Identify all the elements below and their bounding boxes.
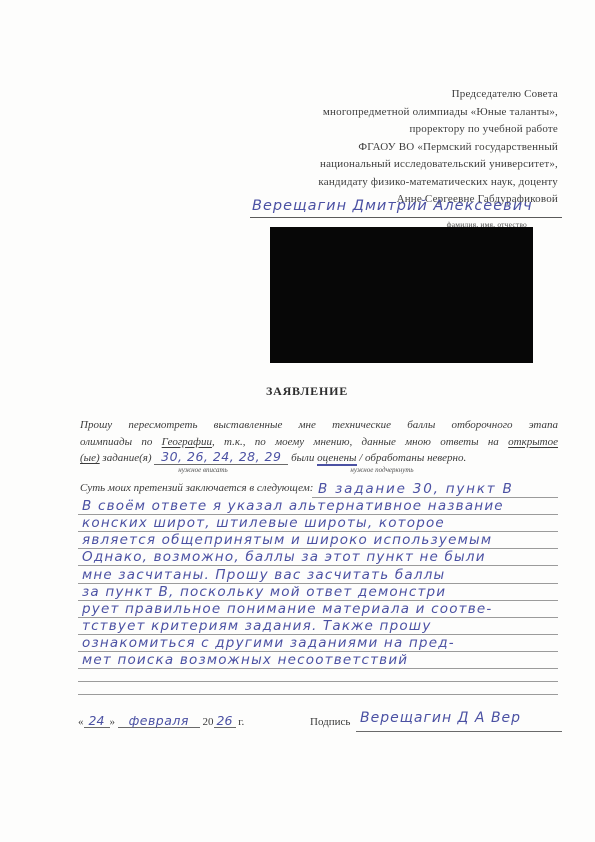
quote-close: » xyxy=(110,716,116,728)
recipient-line: национальный исследовательский университ… xyxy=(198,156,558,174)
month-handwriting: февраля xyxy=(118,714,200,728)
underline-caption: нужное подчеркнуть xyxy=(340,466,424,474)
writing-rule xyxy=(78,668,558,669)
writing-rule xyxy=(78,548,558,549)
writing-rule-empty xyxy=(78,681,558,682)
writing-rule xyxy=(78,565,558,566)
writing-rule xyxy=(78,617,558,618)
claim-handwriting-line: ознакомиться с другими заданиями на пред… xyxy=(82,635,560,652)
scanned-application-page: Председателю Совета многопредметной олим… xyxy=(0,0,595,842)
signature-handwriting: Верещагин Д А Вер xyxy=(356,710,562,732)
recipient-block: Председателю Совета многопредметной олим… xyxy=(198,86,558,209)
writing-rule xyxy=(78,634,558,635)
date-field: «24» февраля 2026 г. xyxy=(78,714,244,728)
writing-rule xyxy=(78,651,558,652)
applicant-name-handwriting: Верещагин Дмитрий Алексеевич xyxy=(250,198,562,214)
claim-handwriting-line: В задание 30, пункт В xyxy=(318,481,558,498)
paragraph-text: Прошу пересмотреть выставленные мне техн… xyxy=(80,419,558,431)
claim-handwriting-line: тствует критериям задания. Также прошу xyxy=(82,618,560,635)
year-prefix: 20 xyxy=(203,716,214,728)
paragraph-line-2: олимпиады по Географии, т.к., по моему м… xyxy=(80,434,558,451)
applicant-name-field: Верещагин Дмитрий Алексеевич xyxy=(250,198,562,218)
paragraph-line-1: Прошу пересмотреть выставленные мне техн… xyxy=(80,417,558,434)
writing-rule xyxy=(78,514,558,515)
document-title: ЗАЯВЛЕНИЕ xyxy=(57,384,557,399)
claim-section-label: Суть моих претензий заключается в следую… xyxy=(80,482,313,494)
claim-handwriting-line: Однако, возможно, баллы за этот пункт не… xyxy=(82,549,560,566)
paragraph-line-3: (ые) задание(я) 30, 26, 24, 28, 29 были … xyxy=(80,450,558,467)
task-numbers-handwriting: 30, 26, 24, 28, 29 xyxy=(154,450,288,465)
claim-handwriting-line: мет поиска возможных несоответствий xyxy=(82,652,560,669)
task-plural-underlined: (ые) xyxy=(80,452,100,464)
claim-handwriting-line: является общепринятым и широко используе… xyxy=(82,532,560,549)
redacted-block xyxy=(270,227,533,363)
subject-underlined: Географии xyxy=(162,436,212,448)
claim-handwriting-line: за пункт В, поскольку мой ответ демонстр… xyxy=(82,584,560,601)
paragraph-text: задание(я) xyxy=(100,452,155,464)
recipient-line: кандидату физико-математических наук, до… xyxy=(198,174,558,192)
recipient-line: многопредметной олимпиады «Юные таланты»… xyxy=(198,104,558,122)
year-suffix: г. xyxy=(238,716,244,728)
claim-handwriting-line: рует правильное понимание материала и со… xyxy=(82,601,560,618)
evaluated-word-underlined: оценены xyxy=(317,452,356,466)
open-task-underlined: открытое xyxy=(508,436,558,448)
request-paragraph: Прошу пересмотреть выставленные мне техн… xyxy=(80,417,558,467)
claim-handwriting-line: мне засчитаны. Прошу вас засчитать баллы xyxy=(82,567,560,584)
recipient-line: проректору по учебной работе xyxy=(198,121,558,139)
writing-rule xyxy=(78,600,558,601)
paragraph-text: олимпиады по xyxy=(80,436,162,448)
claim-handwriting-line: В своём ответе я указал альтернативное н… xyxy=(82,498,560,515)
paragraph-text: / обработаны неверно. xyxy=(357,452,467,464)
fill-in-caption: нужное вписать xyxy=(168,466,238,474)
claim-handwriting-line: конских широт, штилевые широты, которое xyxy=(82,515,560,532)
writing-rule xyxy=(78,583,558,584)
paragraph-text: , т.к., по моему мнению, данные мною отв… xyxy=(212,436,508,448)
paragraph-text: были xyxy=(288,452,317,464)
writing-rule xyxy=(312,497,558,498)
writing-rule xyxy=(78,531,558,532)
signature-label: Подпись xyxy=(310,716,350,728)
writing-rule-empty xyxy=(78,694,558,695)
recipient-line: Председателю Совета xyxy=(198,86,558,104)
year-handwriting: 26 xyxy=(214,714,236,728)
day-handwriting: 24 xyxy=(84,714,110,728)
recipient-line: ФГАОУ ВО «Пермский государственный xyxy=(198,139,558,157)
